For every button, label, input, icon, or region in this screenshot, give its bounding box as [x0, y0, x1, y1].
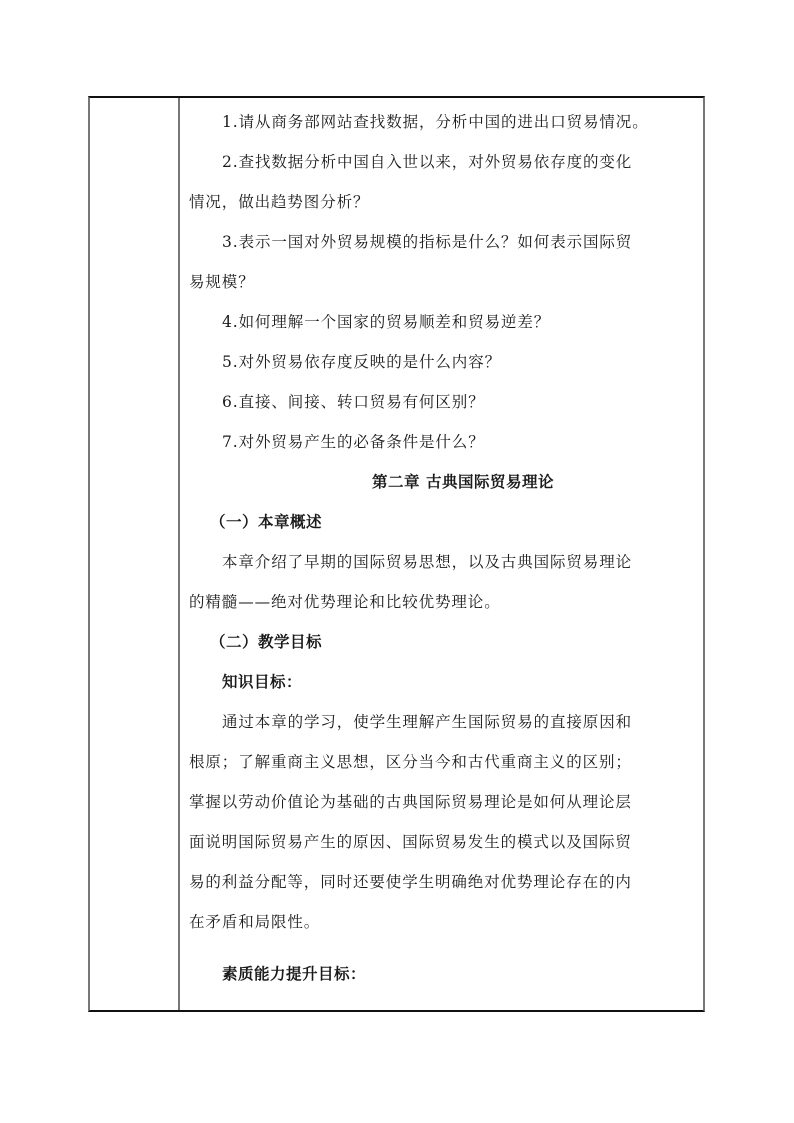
knowledge-line-6: 在矛盾和局限性。: [189, 912, 697, 932]
chapter-title: 第二章 古典国际贸易理论: [189, 472, 697, 492]
knowledge-goals-heading: 知识目标：: [189, 672, 697, 692]
question-1: 1.请从商务部网站查找数据，分析中国的进出口贸易情况。: [189, 112, 697, 132]
question-3-cont: 易规模？: [189, 272, 697, 292]
table-left-column: [90, 98, 180, 1010]
question-7: 7.对外贸易产生的必备条件是什么？: [189, 432, 697, 452]
question-3: 3.表示一国对外贸易规模的指标是什么？如何表示国际贸: [189, 232, 697, 252]
overview-line-1: 本章介绍了早期的国际贸易思想，以及古典国际贸易理论: [189, 552, 697, 572]
question-6: 6.直接、间接、转口贸易有何区别？: [189, 392, 697, 412]
ability-goals-heading: 素质能力提升目标：: [189, 964, 697, 984]
knowledge-line-4: 面说明国际贸易产生的原因、国际贸易发生的模式以及国际贸: [189, 832, 697, 852]
question-2: 2.查找数据分析中国自入世以来，对外贸易依存度的变化: [189, 152, 697, 172]
question-2-cont: 情况，做出趋势图分析？: [189, 192, 697, 212]
knowledge-line-1: 通过本章的学习，使学生理解产生国际贸易的直接原因和: [189, 712, 697, 732]
knowledge-line-2: 根原；了解重商主义思想，区分当今和古代重商主义的区别；: [189, 752, 697, 772]
knowledge-line-3: 掌握以劳动价值论为基础的古典国际贸易理论是如何从理论层: [189, 792, 697, 812]
question-5: 5.对外贸易依存度反映的是什么内容？: [189, 352, 697, 372]
question-4: 4.如何理解一个国家的贸易顺差和贸易逆差？: [189, 312, 697, 332]
section-goals-heading: （二）教学目标: [210, 632, 697, 652]
knowledge-line-5: 易的利益分配等，同时还要使学生明确绝对优势理论存在的内: [189, 872, 697, 892]
section-overview-heading: （一）本章概述: [210, 512, 697, 532]
document-table: 1.请从商务部网站查找数据，分析中国的进出口贸易情况。 2.查找数据分析中国自入…: [88, 96, 705, 1012]
overview-line-2: 的精髓——绝对优势理论和比较优势理论。: [189, 592, 697, 612]
